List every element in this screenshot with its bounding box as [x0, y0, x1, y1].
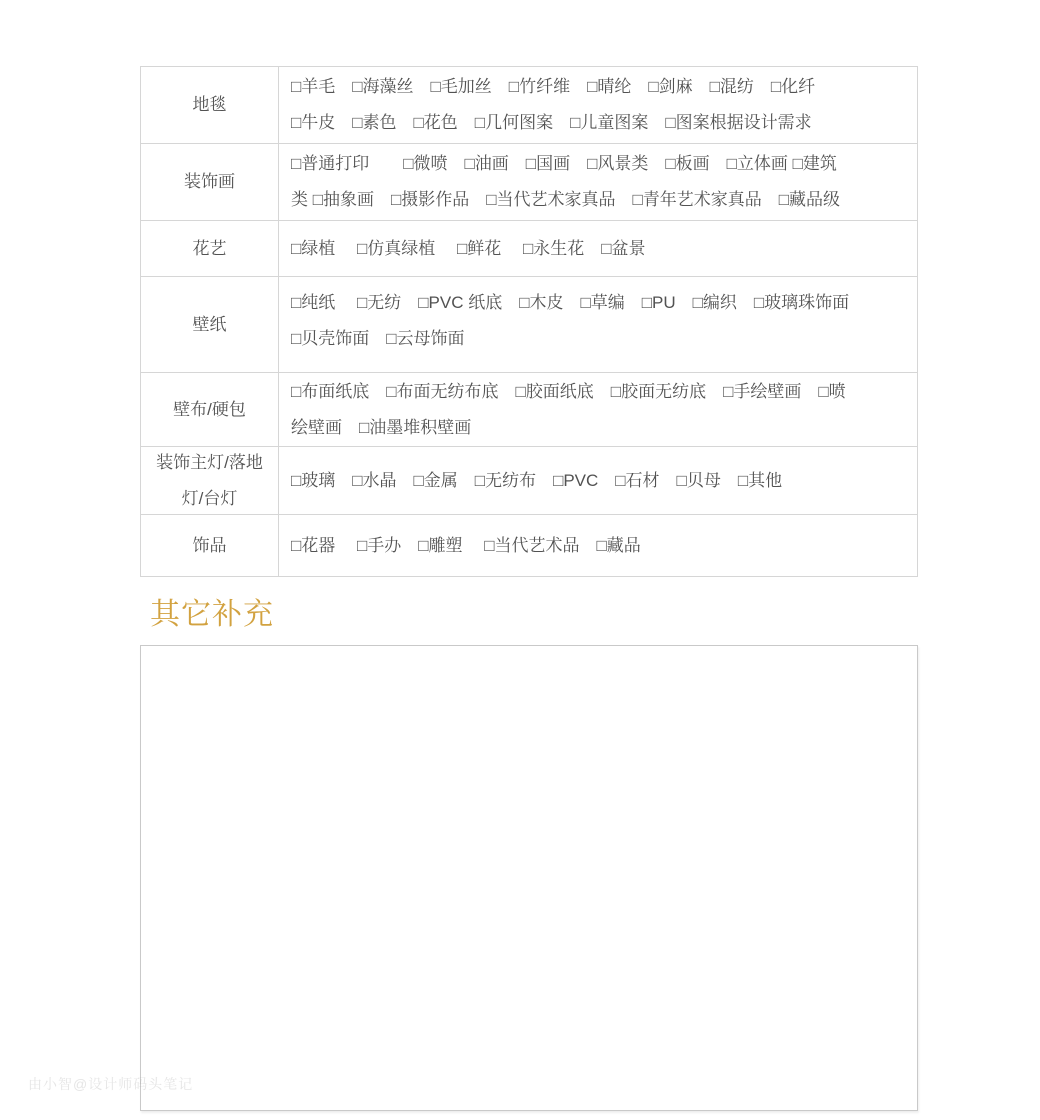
- table-row-decorative-painting: 装饰画 □普通打印 □微喷 □油画 □国画 □风景类 □板画 □立体画 □建筑 …: [141, 144, 917, 221]
- table-row-floral-art: 花艺 □绿植 □仿真绿植 □鲜花 □永生花 □盆景: [141, 221, 917, 277]
- supplement-input-box[interactable]: [140, 645, 918, 1111]
- row-label-floral-art: 花艺: [141, 221, 279, 276]
- row-options-ornaments[interactable]: □花器 □手办 □雕塑 □当代艺术品 □藏品: [279, 515, 917, 576]
- row-label-wallpaper: 壁纸: [141, 277, 279, 372]
- table-row-carpet: 地毯 □羊毛 □海藻丝 □毛加丝 □竹纤维 □晴纶 □剑麻 □混纺 □化纤 □牛…: [141, 67, 917, 144]
- row-label-decorative-painting: 装饰画: [141, 144, 279, 220]
- table-row-ornaments: 饰品 □花器 □手办 □雕塑 □当代艺术品 □藏品: [141, 515, 917, 576]
- document-page: 地毯 □羊毛 □海藻丝 □毛加丝 □竹纤维 □晴纶 □剑麻 □混纺 □化纤 □牛…: [0, 0, 1040, 1120]
- row-label-ornaments: 饰品: [141, 515, 279, 576]
- row-label-lamps: 装饰主灯/落地 灯/台灯: [141, 447, 279, 514]
- table-row-lamps: 装饰主灯/落地 灯/台灯 □玻璃 □水晶 □金属 □无纺布 □PVC □石材 □…: [141, 447, 917, 515]
- table-row-wallfabric: 壁布/硬包 □布面纸底 □布面无纺布底 □胶面纸底 □胶面无纺底 □手绘壁画 □…: [141, 373, 917, 447]
- row-options-lamps[interactable]: □玻璃 □水晶 □金属 □无纺布 □PVC □石材 □贝母 □其他: [279, 447, 917, 514]
- watermark-text: 由小智@设计师码头笔记: [28, 1074, 193, 1094]
- row-options-floral-art[interactable]: □绿植 □仿真绿植 □鲜花 □永生花 □盆景: [279, 221, 917, 276]
- table-row-wallpaper: 壁纸 □纯纸 □无纺 □PVC 纸底 □木皮 □草编 □PU □编织 □玻璃珠饰…: [141, 277, 917, 373]
- row-label-wallfabric: 壁布/硬包: [141, 373, 279, 446]
- row-options-carpet[interactable]: □羊毛 □海藻丝 □毛加丝 □竹纤维 □晴纶 □剑麻 □混纺 □化纤 □牛皮 □…: [279, 67, 917, 143]
- material-spec-table: 地毯 □羊毛 □海藻丝 □毛加丝 □竹纤维 □晴纶 □剑麻 □混纺 □化纤 □牛…: [140, 66, 918, 577]
- section-heading-other-supplement: 其它补充: [150, 589, 274, 633]
- row-options-wallfabric[interactable]: □布面纸底 □布面无纺布底 □胶面纸底 □胶面无纺底 □手绘壁画 □喷 绘壁画 …: [279, 373, 917, 446]
- row-options-decorative-painting[interactable]: □普通打印 □微喷 □油画 □国画 □风景类 □板画 □立体画 □建筑 类 □抽…: [279, 144, 917, 220]
- row-label-carpet: 地毯: [141, 67, 279, 143]
- row-options-wallpaper[interactable]: □纯纸 □无纺 □PVC 纸底 □木皮 □草编 □PU □编织 □玻璃珠饰面 □…: [279, 277, 917, 372]
